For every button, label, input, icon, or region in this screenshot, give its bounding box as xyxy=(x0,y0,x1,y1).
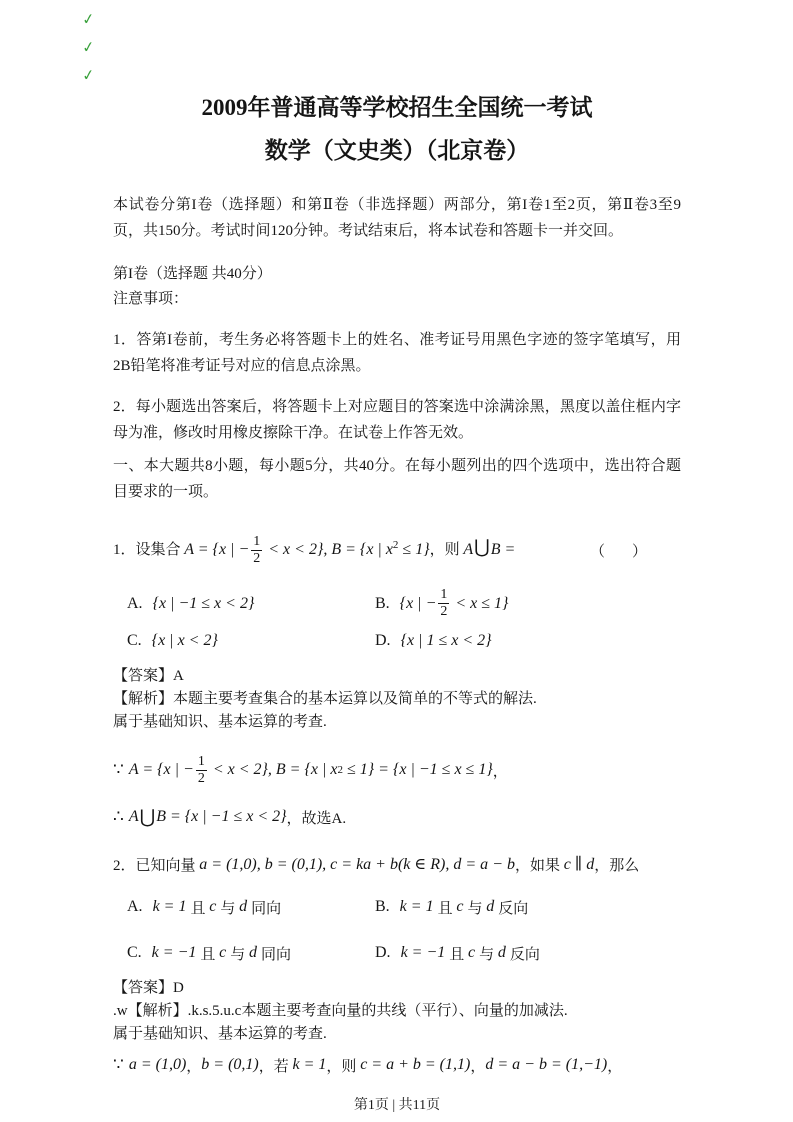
text-fragment: 且 xyxy=(190,897,209,918)
math-fragment: A = {x | − xyxy=(129,761,194,779)
option-b-label: B. xyxy=(375,898,390,916)
question-1-options-row-2: C. {x | x < 2} D. {x | 1 ≤ x < 2} xyxy=(113,626,681,656)
math-fragment: c xyxy=(468,944,479,962)
question-1-analysis-line-2: 属于基础知识、基本运算的考查. xyxy=(113,711,681,734)
option-d-formula: k = −1 且 c 与 d 反向 xyxy=(401,943,540,964)
math-fragment: k = 1 xyxy=(400,898,438,916)
question-2-options-row-2: C. k = −1 且 c 与 d 同向 D. k = −1 且 c 与 d 反… xyxy=(113,938,681,968)
question-2-stem: 2．已知向量 a = (1,0), b = (0,1), c = ka + b(… xyxy=(113,848,681,880)
option-c: C. k = −1 且 c 与 d 同向 xyxy=(127,938,375,968)
intro-paragraph: 本试卷分第I卷（选择题）和第Ⅱ卷（非选择题）两部分，第I卷1至2页，第Ⅱ卷3至9… xyxy=(113,192,681,244)
fraction-numerator: 1 xyxy=(438,587,449,603)
option-a-formula: k = 1 且 c 与 d 同向 xyxy=(153,897,282,918)
option-a-label: A. xyxy=(127,595,143,613)
math-fragment: < x < 2}, B = {x | x xyxy=(209,761,338,779)
section-heading: 第I卷（选择题 共40分） xyxy=(113,262,681,287)
text-fragment: ， xyxy=(607,1055,622,1076)
math-fragment: < x ≤ 1} xyxy=(451,595,508,613)
math-fragment: A = {x | − xyxy=(184,540,249,557)
option-a: A. {x | −1 ≤ x < 2} xyxy=(127,587,375,620)
question-1-because-line: ∵A = {x | −12 < x < 2}, B = {x | x2 ≤ 1}… xyxy=(113,742,681,798)
math-fragment: B = {x | −1 ≤ x < 2} xyxy=(156,808,286,826)
option-b-formula: {x | −12 < x ≤ 1} xyxy=(400,587,509,620)
text-fragment: 与 xyxy=(467,897,486,918)
option-b: B. k = 1 且 c 与 d 反向 xyxy=(375,892,681,922)
fraction: 12 xyxy=(438,587,449,620)
math-fragment: d xyxy=(498,944,510,962)
document-content: 2009年普通高等学校招生全国统一考试 数学（文史类）（北京卷） 本试卷分第I卷… xyxy=(0,0,793,1114)
option-a: A. k = 1 且 c 与 d 同向 xyxy=(127,892,375,922)
text-fragment: 且 xyxy=(438,897,457,918)
fraction-denominator: 2 xyxy=(196,770,207,787)
math-fragment: d xyxy=(249,944,261,962)
question-1-therefore-line: ∴A⋃B = {x | −1 ≤ x < 2}，故选A. xyxy=(113,800,681,834)
text-fragment: ， xyxy=(493,760,508,781)
math-fragment: B = xyxy=(491,540,516,557)
fraction-denominator: 2 xyxy=(251,550,262,567)
fraction-numerator: 1 xyxy=(196,754,207,770)
question-2-options-row-1: A. k = 1 且 c 与 d 同向 B. k = 1 且 c 与 d 反向 xyxy=(113,892,681,922)
math-fragment: k = −1 xyxy=(152,944,201,962)
text-fragment: 反向 xyxy=(498,897,528,918)
math-fragment: b = (0,1) xyxy=(201,1056,258,1074)
math-fragment: < x < 2}, B = {x | x xyxy=(264,540,393,557)
option-c-label: C. xyxy=(127,632,142,650)
question-2-because-line: ∵a = (1,0)，b = (0,1)，若 k = 1，则 c = a + b… xyxy=(113,1048,681,1082)
text-fragment: 且 xyxy=(449,943,468,964)
page-footer: 第1页 | 共11页 xyxy=(113,1094,681,1114)
fraction-denominator: 2 xyxy=(438,603,449,620)
math-fragment: ≤ 1} xyxy=(398,540,429,557)
option-c-formula: k = −1 且 c 与 d 同向 xyxy=(152,943,291,964)
text-fragment: ，若 xyxy=(259,1055,293,1076)
math-fragment: {x | x < 2} xyxy=(152,632,218,650)
math-fragment: d = a − b = (1,−1) xyxy=(485,1056,607,1074)
math-fragment: k = 1 xyxy=(153,898,191,916)
part1-instruction: 一、本大题共8小题，每小题5分，共40分。在每小题列出的四个选项中，选出符合题目… xyxy=(113,453,681,505)
note-item-1: 1．答第I卷前，考生务必将答题卡上的姓名、准考证号用黑色字迹的签字笔填写，用2B… xyxy=(113,327,681,379)
logic-symbol: ∵ xyxy=(113,760,124,780)
option-d-formula: {x | 1 ≤ x < 2} xyxy=(401,632,492,650)
margin-annotations: ✓ ✓ ✓ xyxy=(82,4,112,88)
fraction: 12 xyxy=(196,754,207,787)
question-2-analysis-line-1: .w【解析】.k.s.5.u.c本题主要考查向量的共线（平行）、向量的加减法. xyxy=(113,1000,681,1023)
text-fragment: 同向 xyxy=(251,897,281,918)
note-item-2: 2．每小题选出答案后，将答题卡上对应题目的答案选中涂满涂黑，黑度以盖住框内字母为… xyxy=(113,394,681,446)
text-fragment: 1．设集合 xyxy=(113,541,184,557)
option-b-label: B. xyxy=(375,595,390,613)
question-1-analysis-line-1: 【解析】本题主要考查集合的基本运算以及简单的不等式的解法. xyxy=(113,688,681,711)
math-fragment: {x | 1 ≤ x < 2} xyxy=(401,632,492,650)
question-2-answer: 【答案】D xyxy=(113,977,681,1000)
logic-symbol: ∵ xyxy=(113,1055,124,1075)
math-fragment: d xyxy=(486,898,498,916)
text-fragment: 与 xyxy=(479,943,498,964)
math-fragment: a = (1,0), b = (0,1), c = ka + b(k ∈ R),… xyxy=(199,854,515,874)
text-fragment: ， xyxy=(186,1055,201,1076)
text-fragment: ，则 xyxy=(430,541,464,557)
question-1-formula: 1．设集合 A = {x | −12 < x < 2}, B = {x | x2… xyxy=(113,534,515,567)
math-fragment: ≤ 1} = {x | −1 ≤ x ≤ 1} xyxy=(343,761,493,779)
option-c-formula: {x | x < 2} xyxy=(152,632,218,650)
text-fragment: 且 xyxy=(200,943,219,964)
math-fragment: d xyxy=(239,898,251,916)
math-fragment: {x | − xyxy=(400,595,437,613)
math-fragment: A xyxy=(463,540,473,557)
text-fragment: ，那么 xyxy=(594,854,639,875)
green-check-icon: ✓ xyxy=(80,58,114,90)
text-fragment: 与 xyxy=(230,943,249,964)
text-fragment: ，故选A. xyxy=(287,807,347,828)
option-c-label: C. xyxy=(127,944,142,962)
math-fragment: c xyxy=(456,898,467,916)
question-2-analysis-line-2: 属于基础知识、基本运算的考查. xyxy=(113,1023,681,1046)
math-fragment: c xyxy=(219,944,230,962)
union-operator: ⋃ xyxy=(139,806,157,829)
math-fragment: k = 1 xyxy=(293,1056,327,1074)
text-fragment: 反向 xyxy=(510,943,540,964)
text-fragment: 与 xyxy=(220,897,239,918)
option-b: B. {x | −12 < x ≤ 1} xyxy=(375,587,681,620)
answer-paren: （ ） xyxy=(590,540,653,561)
text-fragment: ，如果 xyxy=(515,854,564,875)
text-fragment: 同向 xyxy=(261,943,291,964)
math-fragment: c ∥ d xyxy=(564,854,595,874)
math-fragment: A xyxy=(129,808,139,826)
logic-symbol: ∴ xyxy=(113,807,124,827)
question-1-options-row-1: A. {x | −1 ≤ x < 2} B. {x | −12 < x ≤ 1} xyxy=(113,587,681,620)
math-fragment: c xyxy=(209,898,220,916)
text-fragment: 2．已知向量 xyxy=(113,854,199,875)
option-c: C. {x | x < 2} xyxy=(127,626,375,656)
math-fragment: c = a + b = (1,1) xyxy=(360,1056,470,1074)
math-fragment: k = −1 xyxy=(401,944,450,962)
math-fragment: a = (1,0) xyxy=(129,1056,186,1074)
exam-subtitle: 数学（文史类）（北京卷） xyxy=(113,135,681,167)
question-1-stem: 1．设集合 A = {x | −12 < x < 2}, B = {x | x2… xyxy=(113,521,681,579)
option-d: D. {x | 1 ≤ x < 2} xyxy=(375,626,681,656)
text-fragment: ， xyxy=(470,1055,485,1076)
fraction-numerator: 1 xyxy=(251,534,262,550)
notes-heading: 注意事项： xyxy=(113,287,681,312)
option-d-label: D. xyxy=(375,944,391,962)
option-a-formula: {x | −1 ≤ x < 2} xyxy=(153,595,255,613)
question-1-answer: 【答案】A xyxy=(113,665,681,688)
text-fragment: ，则 xyxy=(326,1055,360,1076)
option-a-label: A. xyxy=(127,898,143,916)
exam-title: 2009年普通高等学校招生全国统一考试 xyxy=(113,92,681,124)
exam-document-page: ✓ ✓ ✓ 2009年普通高等学校招生全国统一考试 数学（文史类）（北京卷） 本… xyxy=(0,0,793,1122)
option-d-label: D. xyxy=(375,632,391,650)
option-b-formula: k = 1 且 c 与 d 反向 xyxy=(400,897,529,918)
union-operator: ⋃ xyxy=(473,537,491,558)
option-d: D. k = −1 且 c 与 d 反向 xyxy=(375,938,681,968)
fraction: 12 xyxy=(251,534,262,567)
math-fragment: {x | −1 ≤ x < 2} xyxy=(153,595,255,613)
